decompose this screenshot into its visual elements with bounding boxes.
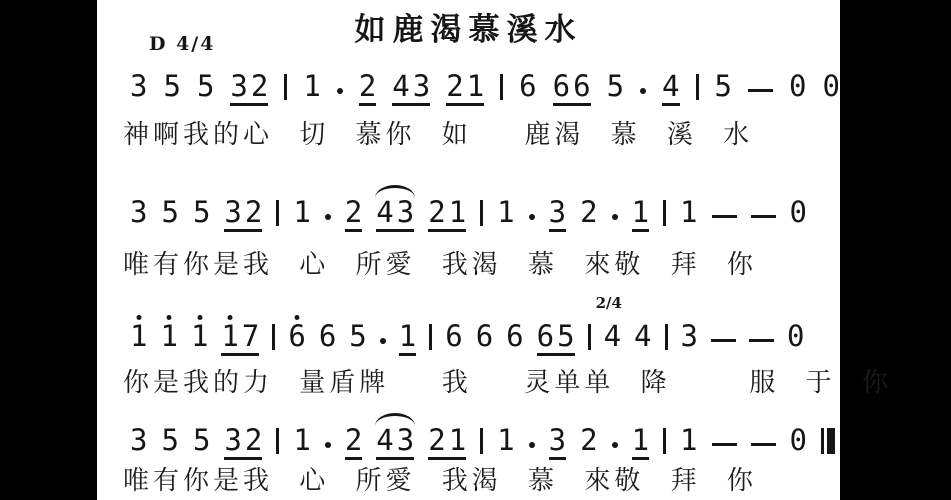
duration-dash-icon — [712, 215, 737, 218]
note-group: 43 — [392, 72, 430, 106]
note-group: 1 — [191, 322, 208, 356]
note-group: 1 — [680, 426, 697, 460]
note-group: 0 — [790, 426, 807, 460]
note-group: 1 — [160, 322, 177, 356]
note-digit: 1 — [130, 322, 147, 351]
note-digit: 3 — [130, 198, 147, 227]
slur-icon — [375, 413, 415, 426]
note-digit: 1 — [680, 426, 697, 455]
music-line-2: 35532124321132110 — [130, 192, 807, 232]
barline-icon — [480, 428, 483, 454]
note-group: 3 — [549, 198, 566, 232]
note-digit: 3 — [397, 198, 414, 227]
note-digit: 1 — [497, 426, 514, 455]
note-digit: 2 — [446, 72, 463, 101]
music-line-4: 35532124321132110 — [130, 420, 835, 460]
note-digit: 2 — [428, 426, 445, 455]
note-group: 3 — [549, 426, 566, 460]
note-group: 32 — [224, 198, 262, 232]
note-group: 43 — [376, 198, 414, 232]
dotted-note-dot-icon — [612, 442, 618, 448]
note-digit: 4 — [376, 426, 393, 455]
note-digit: 6 — [476, 322, 493, 351]
note-group: 3 — [130, 198, 147, 232]
note-group: 5 — [197, 72, 214, 106]
note-digit: 6 — [445, 322, 462, 351]
note-digit: 1 — [399, 322, 416, 351]
meter-change-label: 2/4 — [596, 296, 622, 311]
note-digit: 1 — [449, 198, 466, 227]
note-digit: 5 — [715, 72, 732, 101]
note-group: 1 — [293, 198, 310, 232]
key-signature: D 4/4 — [149, 33, 215, 55]
note-digit: 1 — [632, 198, 649, 227]
note-group: 5 — [715, 72, 732, 106]
note-group: 0 — [789, 72, 806, 106]
note-group: 2 — [580, 198, 597, 232]
note-digit: 0 — [789, 72, 806, 101]
note-group: 0 — [790, 198, 807, 232]
note-digit: 1 — [467, 72, 484, 101]
note-digit: 1 — [160, 322, 177, 351]
note-group: 1 — [632, 426, 649, 460]
note-digit: 5 — [193, 426, 210, 455]
note-group: 4 — [634, 322, 651, 356]
music-line-1: 3553212432166654500 — [130, 66, 840, 106]
note-digit: 1 — [497, 198, 514, 227]
note-group: 1 — [303, 72, 320, 106]
lyrics-line-1: 神啊我的心 切 慕你 如 鹿渴 慕 溪 水 — [123, 114, 753, 151]
note-digit: 2 — [345, 426, 362, 455]
octave-dot-icon — [295, 315, 300, 320]
duration-dash-icon — [749, 339, 774, 342]
note-group: 5 — [161, 198, 178, 232]
note-digit: 2 — [359, 72, 376, 101]
note-digit: 6 — [319, 322, 336, 351]
note-digit: 4 — [376, 198, 393, 227]
note-digit: 3 — [549, 198, 566, 227]
dotted-note-dot-icon — [325, 442, 331, 448]
barline-icon — [663, 428, 666, 454]
note-digit: 3 — [413, 72, 430, 101]
note-group: 6 — [476, 322, 493, 356]
note-digit: 5 — [163, 72, 180, 101]
note-digit: 6 — [573, 72, 590, 101]
note-group: 2 — [359, 72, 376, 106]
duration-dash-icon — [748, 89, 773, 92]
note-digit: 3 — [681, 322, 698, 351]
note-group: 6 — [319, 322, 336, 356]
note-digit: 3 — [224, 426, 241, 455]
note-group: 5 — [163, 72, 180, 106]
octave-dot-icon — [136, 315, 141, 320]
note-group: 0 — [787, 322, 804, 356]
note-group: 4 — [662, 72, 679, 106]
barline-icon — [276, 200, 279, 226]
barline-icon — [429, 324, 432, 350]
note-digit: 5 — [161, 198, 178, 227]
duration-dash-icon — [711, 339, 736, 342]
note-group: 3 — [130, 72, 147, 106]
note-digit: 3 — [230, 72, 247, 101]
note-digit: 4 — [634, 322, 651, 351]
sheet-music-page: 如鹿渴慕溪水 D 4/4 3553212432166654500 神啊我的心 切… — [97, 0, 840, 500]
note-group: 66 — [553, 72, 591, 106]
music-line-3: 1111766516666542/4430 — [130, 316, 804, 356]
note-group: 2 — [345, 426, 362, 460]
note-digit: 4 — [604, 322, 621, 351]
note-group: 1 — [680, 198, 697, 232]
note-digit: 6 — [537, 322, 554, 351]
note-digit: 1 — [293, 426, 310, 455]
note-group: 17 — [221, 322, 259, 356]
octave-dot-icon — [228, 315, 233, 320]
note-group: 5 — [193, 198, 210, 232]
note-group: 21 — [446, 72, 484, 106]
barline-icon — [480, 200, 483, 226]
note-group: 1 — [497, 426, 514, 460]
note-digit: 2 — [428, 198, 445, 227]
note-group: 3 — [681, 322, 698, 356]
note-group: 1 — [632, 198, 649, 232]
note-digit: 5 — [349, 322, 366, 351]
note-group: 32 — [224, 426, 262, 460]
note-digit: 5 — [197, 72, 214, 101]
note-group: 6 — [506, 322, 523, 356]
note-digit: 0 — [790, 198, 807, 227]
note-digit: 0 — [790, 426, 807, 455]
note-group: 65 — [537, 322, 575, 356]
barline-icon — [696, 74, 699, 100]
lyrics-line-3: 你是我的力 量盾牌 我 灵单单 降 服 于 你 — [123, 362, 892, 399]
note-group: 32 — [230, 72, 268, 106]
note-group: 5 — [607, 72, 624, 106]
note-group: 0 — [822, 72, 839, 106]
note-group: 2 — [345, 198, 362, 232]
note-digit: 6 — [553, 72, 570, 101]
note-digit: 4 — [662, 72, 679, 101]
note-digit: 3 — [130, 72, 147, 101]
note-digit: 5 — [193, 198, 210, 227]
dotted-note-dot-icon — [640, 88, 646, 94]
barline-icon — [500, 74, 503, 100]
note-digit: 3 — [397, 426, 414, 455]
final-barline-icon — [821, 428, 835, 454]
note-group: 6 — [288, 322, 305, 356]
note-group: 1 — [497, 198, 514, 232]
note-group: 43 — [376, 426, 414, 460]
note-digit: 3 — [130, 426, 147, 455]
note-digit: 7 — [242, 322, 259, 351]
barline-icon — [663, 200, 666, 226]
octave-dot-icon — [197, 315, 202, 320]
note-group: 5 — [193, 426, 210, 460]
note-group: 1 — [130, 322, 147, 356]
duration-dash-icon — [751, 443, 776, 446]
dotted-note-dot-icon — [529, 214, 535, 220]
lyrics-line-4: 唯有你是我 心 所愛 我渴 慕 來敬 拜 你 — [123, 460, 757, 497]
note-digit: 5 — [607, 72, 624, 101]
note-group: 21 — [428, 426, 466, 460]
note-digit: 1 — [303, 72, 320, 101]
note-digit: 2 — [245, 198, 262, 227]
note-digit: 2 — [251, 72, 268, 101]
note-group: 6 — [445, 322, 462, 356]
note-digit: 2 — [345, 198, 362, 227]
note-digit: 2 — [245, 426, 262, 455]
duration-dash-icon — [751, 215, 776, 218]
barline-icon — [665, 324, 668, 350]
note-digit: 6 — [506, 322, 523, 351]
note-digit: 1 — [293, 198, 310, 227]
duration-dash-icon — [712, 443, 737, 446]
note-digit: 6 — [288, 322, 305, 351]
dotted-note-dot-icon — [612, 214, 618, 220]
note-digit: 2 — [580, 198, 597, 227]
note-digit: 1 — [191, 322, 208, 351]
note-digit: 1 — [449, 426, 466, 455]
barline-icon — [284, 74, 287, 100]
dotted-note-dot-icon — [325, 214, 331, 220]
note-group: 1 — [399, 322, 416, 356]
note-group: 5 — [349, 322, 366, 356]
barline-icon — [272, 324, 275, 350]
barline-icon — [588, 324, 591, 350]
dotted-note-dot-icon — [380, 338, 386, 344]
lyrics-line-2: 唯有你是我 心 所愛 我渴 慕 來敬 拜 你 — [123, 244, 757, 281]
note-group: 21 — [428, 198, 466, 232]
note-digit: 1 — [221, 322, 238, 351]
note-digit: 1 — [632, 426, 649, 455]
note-group: 5 — [161, 426, 178, 460]
dotted-note-dot-icon — [529, 442, 535, 448]
barline-icon — [276, 428, 279, 454]
slur-icon — [375, 185, 415, 198]
octave-dot-icon — [167, 315, 172, 320]
note-digit: 5 — [161, 426, 178, 455]
note-group: 1 — [293, 426, 310, 460]
dotted-note-dot-icon — [337, 88, 343, 94]
note-group: 42/4 — [604, 322, 621, 356]
note-digit: 2 — [580, 426, 597, 455]
note-digit: 3 — [549, 426, 566, 455]
note-digit: 4 — [392, 72, 409, 101]
note-digit: 3 — [224, 198, 241, 227]
note-digit: 0 — [787, 322, 804, 351]
note-digit: 6 — [519, 72, 536, 101]
note-group: 3 — [130, 426, 147, 460]
note-digit: 1 — [680, 198, 697, 227]
note-group: 6 — [519, 72, 536, 106]
note-digit: 0 — [822, 72, 839, 101]
note-group: 2 — [580, 426, 597, 460]
note-digit: 5 — [557, 322, 574, 351]
